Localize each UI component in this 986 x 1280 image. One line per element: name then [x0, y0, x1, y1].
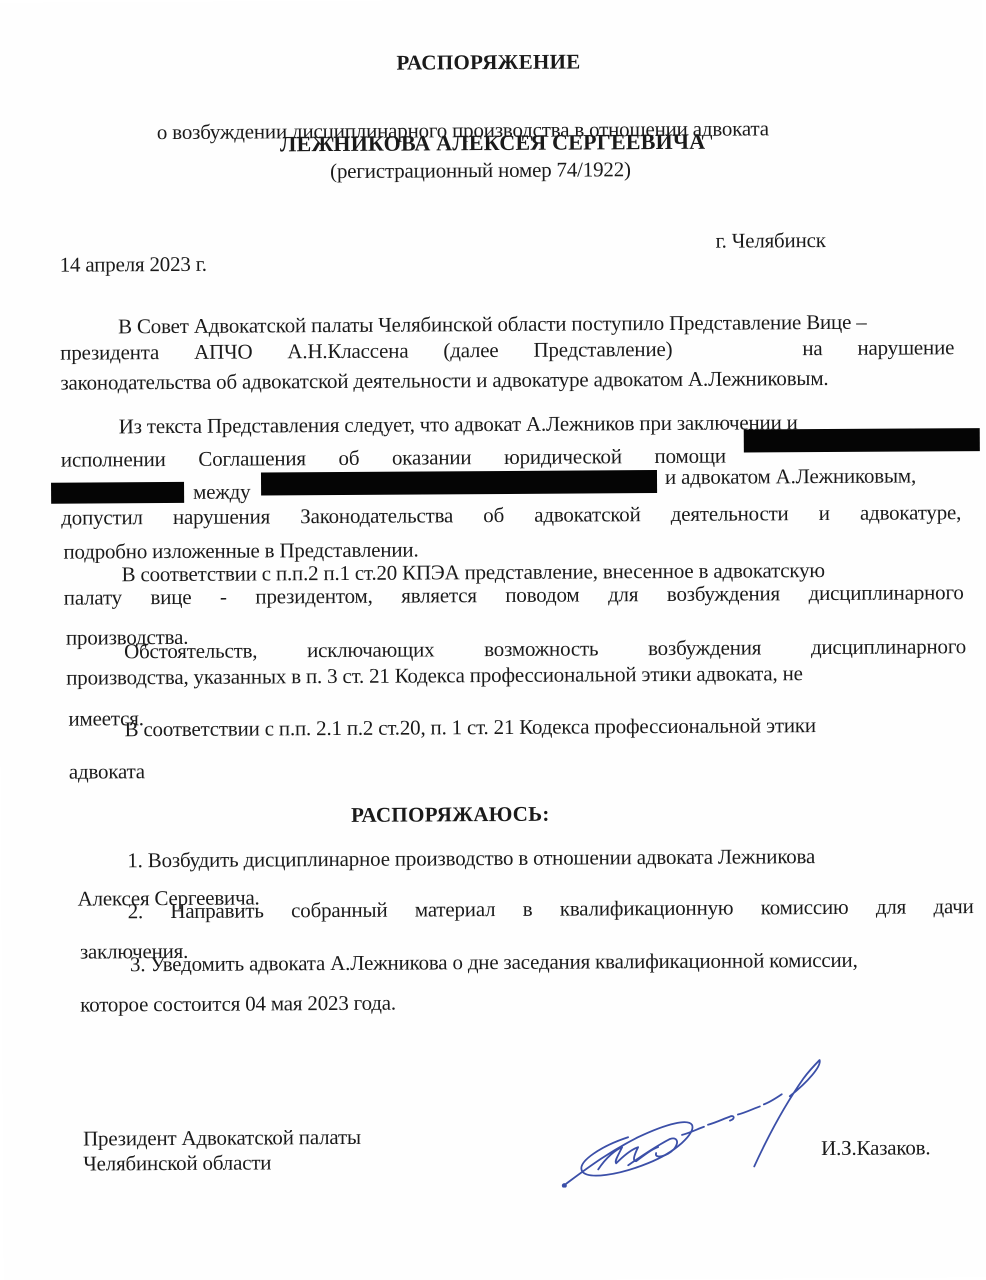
word: - — [220, 585, 227, 609]
redacted-agreement-date — [51, 482, 184, 504]
word: возбуждения — [667, 581, 780, 606]
paragraph-2-line-3-between: между — [193, 480, 250, 504]
word: дачи — [933, 894, 973, 918]
signatory-position-line-1: Президент Адвокатской палаты — [83, 1125, 361, 1151]
word: А.Н.Классена — [287, 339, 408, 364]
spacer — [707, 336, 767, 360]
word: президента — [60, 340, 159, 365]
word: поводом — [505, 583, 579, 607]
paragraph-2-line-5: подробно изложенные в Представлении. — [63, 537, 418, 563]
word: исключающих — [307, 637, 435, 662]
word: президентом, — [255, 584, 372, 609]
redacted-agreement-number — [744, 428, 980, 452]
paragraph-1-line-1: В Совет Адвокатской палаты Челябинской о… — [118, 310, 867, 339]
word: дисциплинарного — [811, 634, 966, 659]
word: адвокатской — [534, 502, 641, 527]
paragraph-2-line-3-end: и адвокатом А.Лежниковым, — [665, 463, 916, 489]
handwritten-signature — [558, 1056, 829, 1188]
word: на — [802, 336, 822, 360]
word: Законодательства — [300, 503, 453, 528]
word: в — [523, 897, 533, 921]
word: деятельности — [671, 501, 789, 526]
word: собранный — [291, 898, 388, 923]
signatory-position-line-2: Челябинской области — [83, 1150, 271, 1175]
word: юридической — [504, 444, 622, 469]
decree-item-3-line-1: 3. Уведомить адвоката А.Лежникова о дне … — [130, 948, 858, 976]
paragraph-5-line-1: В соответствии с п.п. 2.1 п.2 ст.20, п. … — [124, 713, 816, 741]
word: для — [876, 895, 906, 919]
document-city: г. Челябинск — [715, 228, 825, 253]
paragraph-3-line-2: палату вице - президентом, является пово… — [64, 580, 964, 609]
word: об — [483, 503, 504, 527]
word: оказании — [392, 445, 472, 469]
word: является — [401, 583, 477, 607]
signatory-name: И.З.Казаков. — [821, 1135, 930, 1160]
paragraph-1-line-3: законодательства об адвокатской деятельн… — [60, 366, 828, 395]
word: Обстоятельств, — [124, 638, 257, 663]
word: для — [608, 582, 638, 606]
document-date: 14 апреля 2023 г. — [60, 252, 207, 277]
word: материал — [415, 897, 496, 921]
redacted-counterparty — [261, 470, 657, 495]
word: Направить — [170, 898, 264, 923]
word: возможность — [484, 636, 598, 661]
word: Представление) — [533, 337, 672, 362]
word: квалификационную — [560, 896, 734, 921]
decree-item-3-line-2: которое состоится 04 мая 2023 года. — [80, 991, 396, 1017]
paragraph-4-line-1: Обстоятельств, исключающих возможность в… — [124, 634, 966, 663]
word: вице — [150, 585, 191, 609]
decree-item-1-line-1: 1. Возбудить дисциплинарное производство… — [127, 844, 815, 872]
decree-item-2-line-1: 2. Направить собранный материал в квалиф… — [128, 894, 974, 923]
paragraph-2-line-4: допустил нарушения Законодательства об а… — [61, 500, 961, 529]
word: (далее — [443, 338, 498, 362]
subject-name: ЛЕЖНИКОВА АЛЕКСЕЯ СЕРГЕЕВИЧА — [280, 130, 705, 157]
word: дисциплинарного — [808, 580, 963, 605]
word: нарушение — [857, 335, 954, 360]
paragraph-2-line-2: исполнении Соглашения об оказании юридич… — [61, 444, 726, 472]
word: АПЧО — [194, 340, 253, 364]
word: 2. — [128, 899, 144, 923]
document-title: РАСПОРЯЖЕНИЕ — [396, 49, 580, 74]
decree-heading: РАСПОРЯЖАЮСЬ: — [351, 802, 550, 827]
word: комиссию — [761, 895, 849, 920]
word: и — [819, 501, 830, 525]
word: об — [338, 446, 359, 470]
word: Соглашения — [198, 446, 306, 471]
paragraph-2-line-1: Из текста Представления следует, что адв… — [119, 410, 798, 438]
word: адвокатуре, — [860, 500, 961, 525]
word: допустил — [61, 505, 143, 529]
document-page: РАСПОРЯЖЕНИЕ о возбуждении дисциплинарно… — [0, 0, 986, 1280]
word: исполнении — [61, 447, 166, 472]
registration-number: (регистрационный номер 74/1922) — [330, 157, 631, 183]
paragraph-1-line-2: президента АПЧО А.Н.Классена (далее Пред… — [60, 335, 954, 364]
word: возбуждения — [648, 635, 761, 660]
paragraph-5-line-2: адвоката — [69, 759, 145, 783]
word: нарушения — [173, 504, 270, 529]
paragraph-4-line-2: производства, указанных в п. 3 ст. 21 Ко… — [66, 661, 803, 689]
word: палату — [64, 585, 122, 609]
